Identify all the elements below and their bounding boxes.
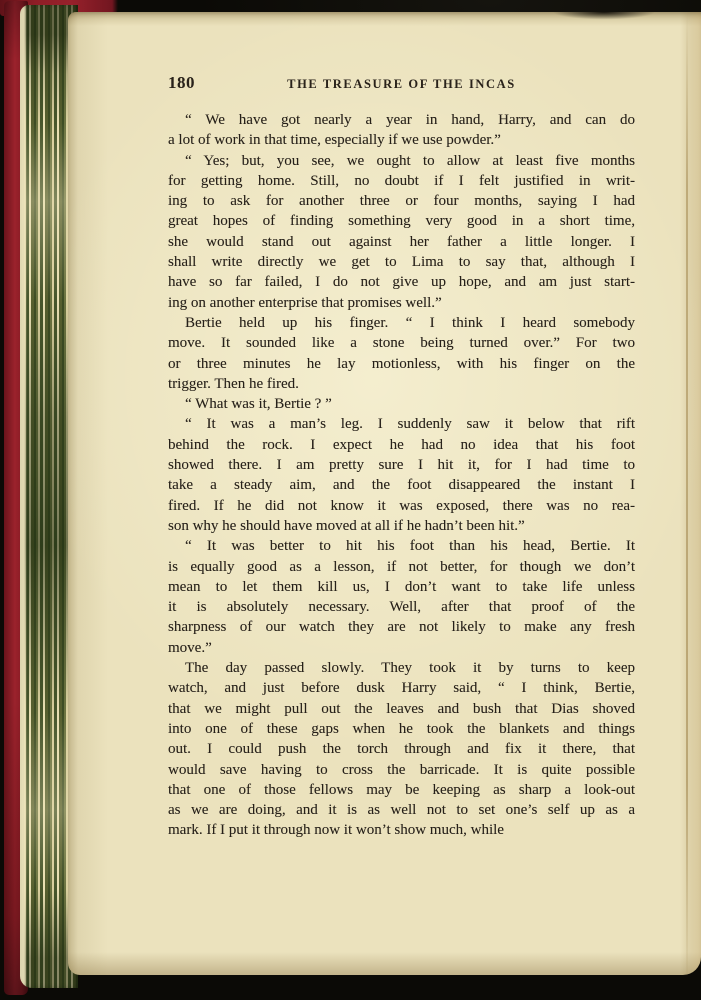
page-header: 180 THE TREASURE OF THE INCAS xyxy=(168,73,635,95)
text-line: mark. If I put it through now it won’t s… xyxy=(168,820,635,840)
page-fold-line xyxy=(686,12,688,975)
text-line: it is absolutely necessary. Well, after … xyxy=(168,597,635,617)
text-line: trigger. Then he fired. xyxy=(168,374,635,394)
text-line: great hopes of finding something very go… xyxy=(168,211,635,231)
page-top-shadow xyxy=(536,12,672,22)
text-line: fired. If he did not know it was exposed… xyxy=(168,496,635,516)
text-line: into one of these gaps when he took the … xyxy=(168,719,635,739)
text-line: “ We have got nearly a year in hand, Har… xyxy=(168,110,635,130)
text-line: would save having to cross the barricade… xyxy=(168,760,635,780)
text-line: shall write directly we get to Lima to s… xyxy=(168,252,635,272)
text-line: is equally good as a lesson, if not bett… xyxy=(168,557,635,577)
text-line: as we are doing, and it is as well not t… xyxy=(168,800,635,820)
text-line: watch, and just before dusk Harry said, … xyxy=(168,678,635,698)
book-photo: 180 THE TREASURE OF THE INCAS “ We have … xyxy=(0,0,701,1000)
text-line: that we might pull out the leaves and bu… xyxy=(168,699,635,719)
text-line: or three minutes he lay motionless, with… xyxy=(168,354,635,374)
text-line: “ It was better to hit his foot than his… xyxy=(168,536,635,556)
text-line: mean to let them kill us, I don’t want t… xyxy=(168,577,635,597)
text-line: sharpness of our watch they are not like… xyxy=(168,617,635,637)
text-line: for getting home. Still, no doubt if I f… xyxy=(168,171,635,191)
text-line: son why he should have moved at all if h… xyxy=(168,516,635,536)
text-line: have so far failed, I do not give up hop… xyxy=(168,272,635,292)
text-line: a lot of work in that time, especially i… xyxy=(168,130,635,150)
text-line: she would stand out against her father a… xyxy=(168,232,635,252)
book-page: 180 THE TREASURE OF THE INCAS “ We have … xyxy=(68,12,701,975)
page-number: 180 xyxy=(168,73,195,93)
text-line: move. It sounded like a stone being turn… xyxy=(168,333,635,353)
running-header: THE TREASURE OF THE INCAS xyxy=(168,73,635,92)
text-line: that one of those fellows may be keeping… xyxy=(168,780,635,800)
text-line: behind the rock. I expect he had no idea… xyxy=(168,435,635,455)
text-line: move.” xyxy=(168,638,635,658)
text-line: “ It was a man’s leg. I suddenly saw it … xyxy=(168,414,635,434)
text-line: ing to ask for another three or four mon… xyxy=(168,191,635,211)
page-text: “ We have got nearly a year in hand, Har… xyxy=(168,110,635,841)
text-line: take a steady aim, and the foot disappea… xyxy=(168,475,635,495)
text-line: ing on another enterprise that promises … xyxy=(168,293,635,313)
text-line: The day passed slowly. They took it by t… xyxy=(168,658,635,678)
text-line: Bertie held up his finger. “ I think I h… xyxy=(168,313,635,333)
text-line: showed there. I am pretty sure I hit it,… xyxy=(168,455,635,475)
text-line: out. I could push the torch through and … xyxy=(168,739,635,759)
text-line: “ What was it, Bertie ? ” xyxy=(168,394,635,414)
text-line: “ Yes; but, you see, we ought to allow a… xyxy=(168,151,635,171)
